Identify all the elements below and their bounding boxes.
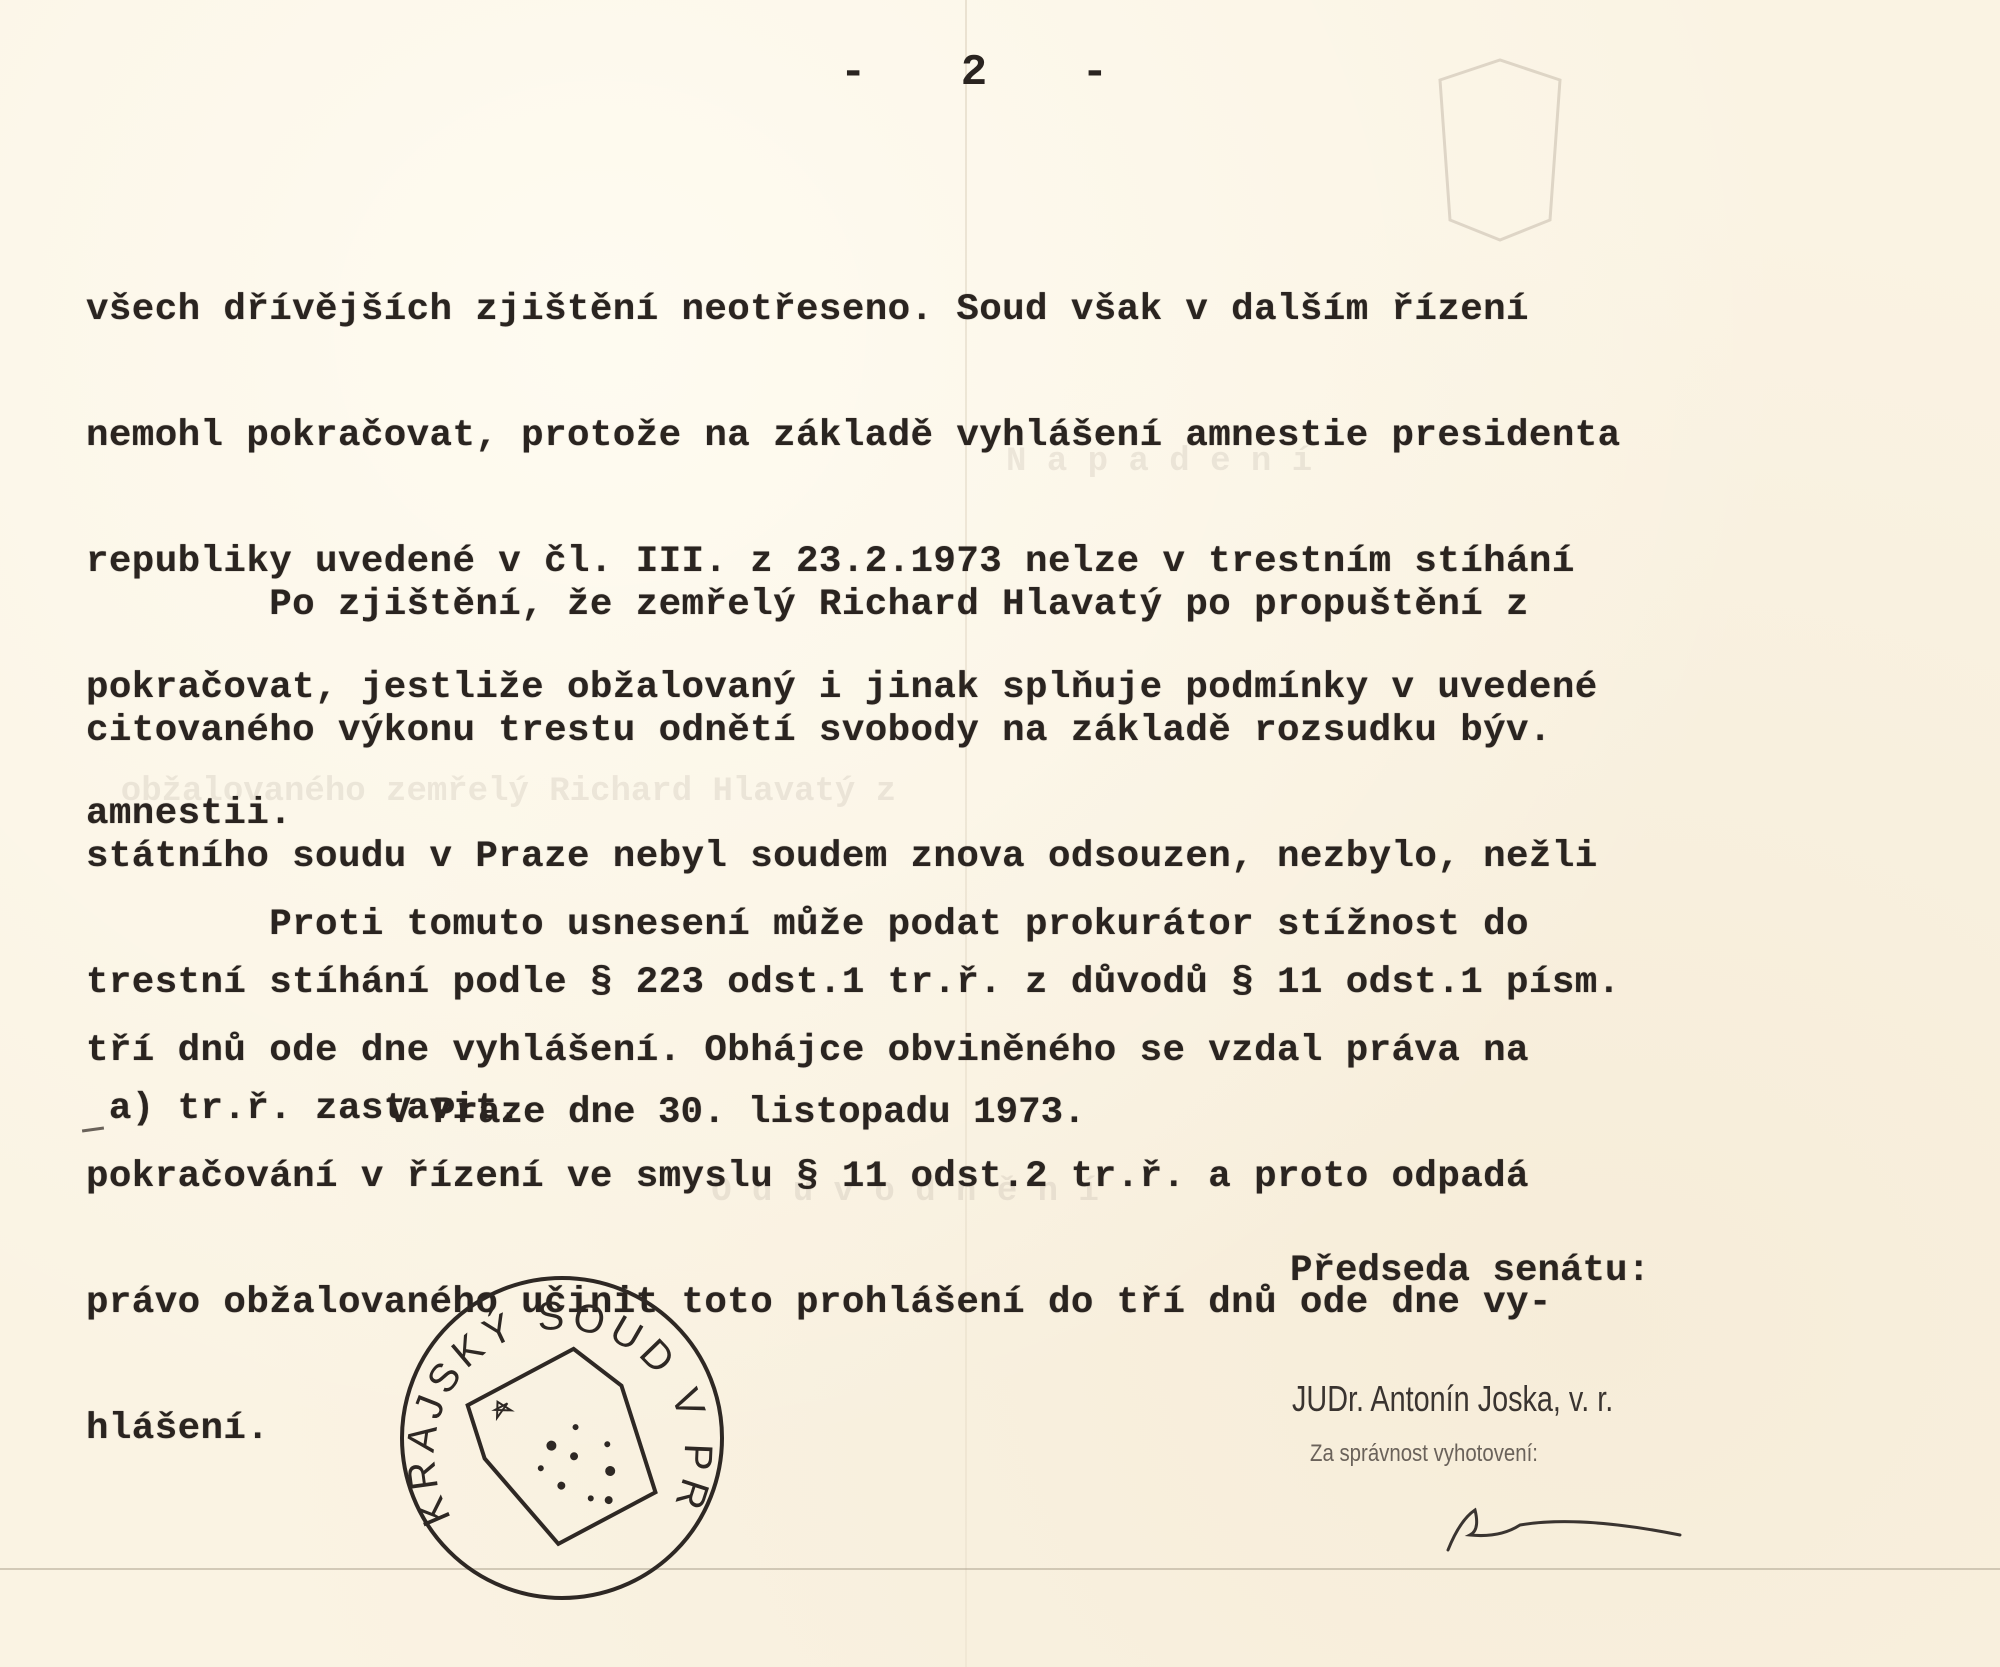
court-stamp: KRAJSKÝ SOUD V PRAZE	[392, 1268, 732, 1608]
signer-name: JUDr. Antonín Joska, v. r.	[1292, 1378, 1613, 1420]
svg-text:KRAJSKÝ SOUD V PRAZE: KRAJSKÝ SOUD V PRAZE	[392, 1268, 720, 1532]
stamp-text: KRAJSKÝ SOUD V PRAZE	[392, 1268, 720, 1532]
certification-line: Za správnost vyhotovení:	[1310, 1440, 1538, 1468]
date-line: V Praze dne 30. listopadu 1973.	[388, 1092, 1086, 1134]
paragraph-appeal: Proti tomuto usnesení může podat prokurá…	[86, 820, 1986, 1492]
text-line: nemohl pokračovat, protože na základě vy…	[86, 415, 1986, 457]
text-line: citovaného výkonu trestu odnětí svobody …	[86, 710, 1986, 752]
handwritten-signature-icon	[1440, 1490, 1700, 1560]
page-number: - 2 -	[840, 48, 1142, 98]
text-line: všech dřívějších zjištění neotřeseno. So…	[86, 289, 1986, 331]
text-line: právo obžalovaného učinit toto prohlášen…	[86, 1282, 1986, 1324]
text-line: Proti tomuto usnesení může podat prokurá…	[86, 904, 1986, 946]
text-line: hlášení.	[86, 1408, 1986, 1450]
paper-fold-horizontal	[0, 1568, 2000, 1570]
text-line: Po zjištění, že zemřelý Richard Hlavatý …	[86, 584, 1986, 626]
text-line: pokračování v řízení ve smyslu § 11 odst…	[86, 1156, 1986, 1198]
chair-label: Předseda senátu:	[1290, 1250, 1650, 1292]
text-line: tří dnů ode dne vyhlášení. Obhájce obvin…	[86, 1030, 1986, 1072]
